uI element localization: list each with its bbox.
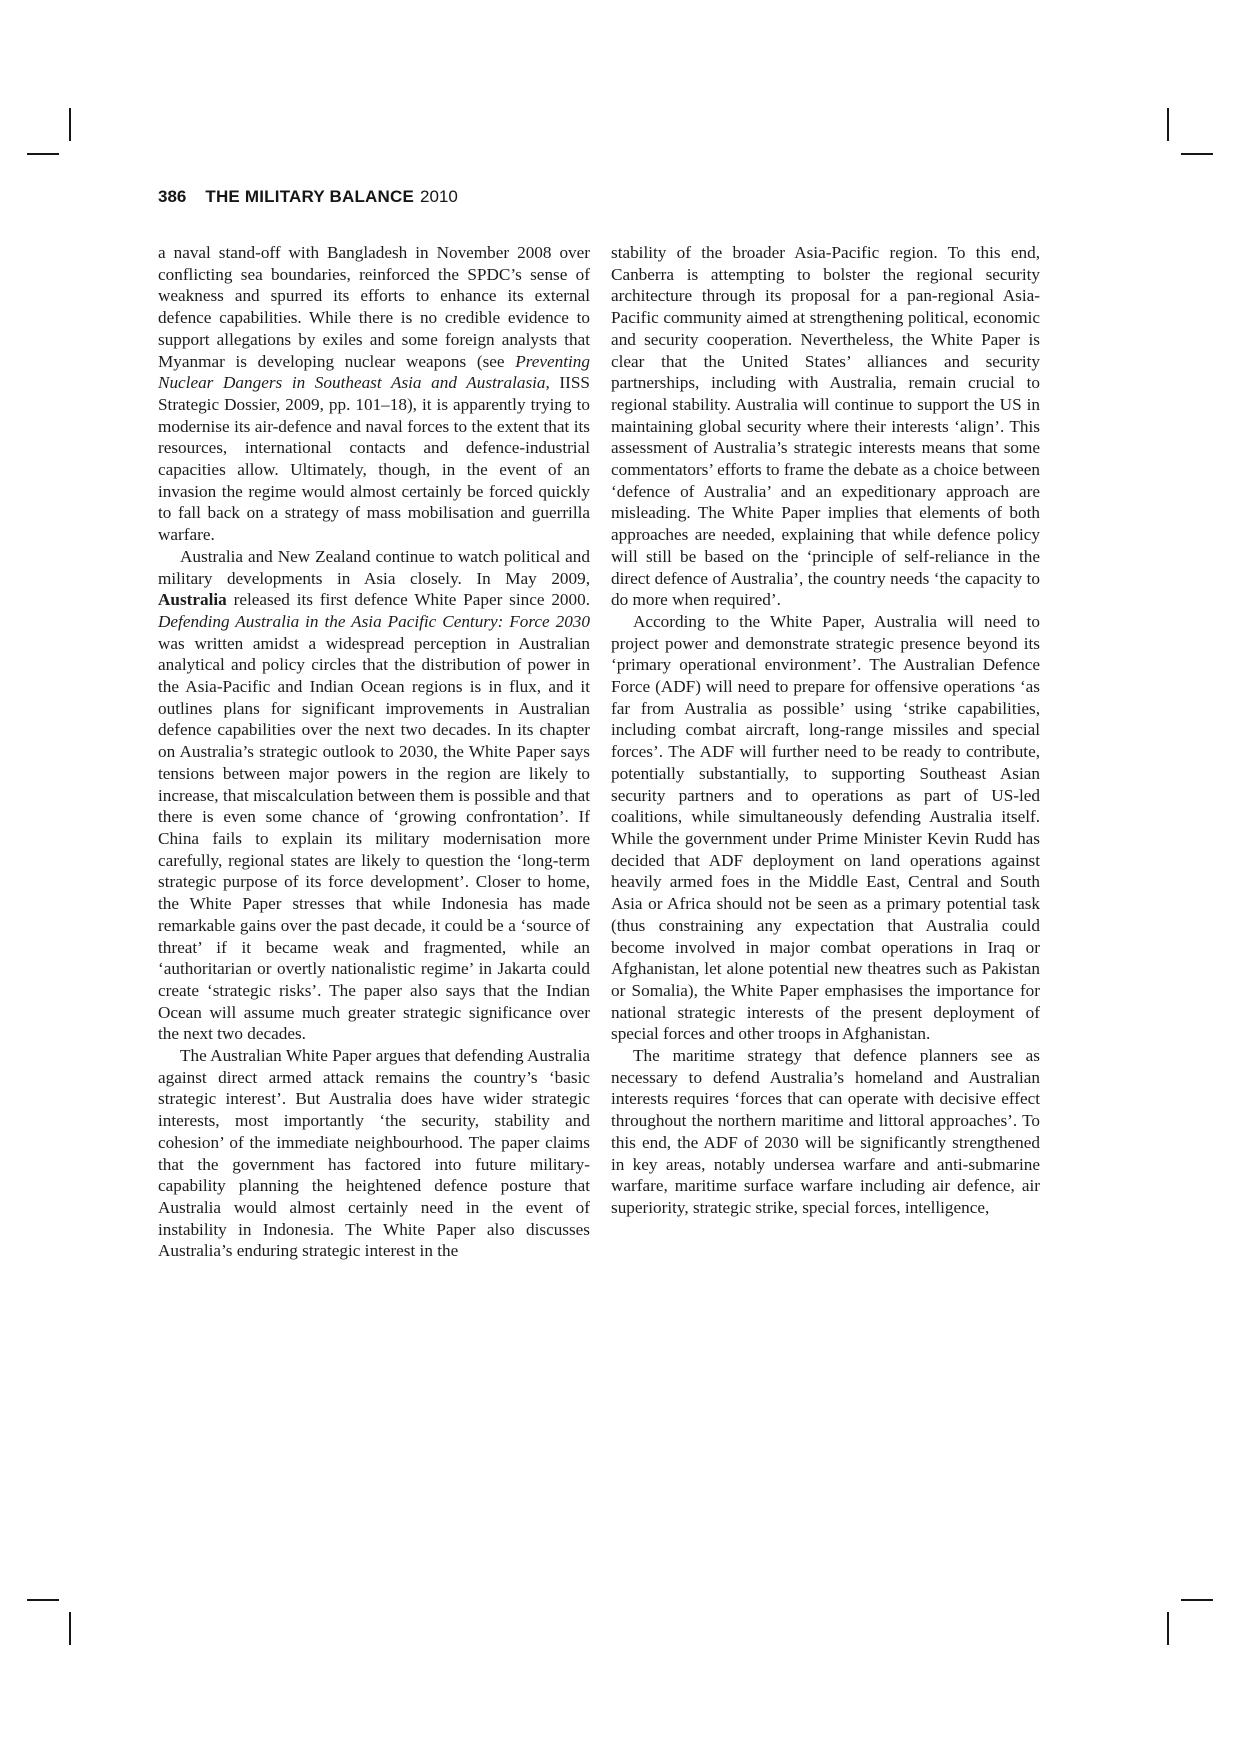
scanned-book-page: 386 THE MILITARY BALANCE 2010 a naval st…: [0, 0, 1240, 1754]
crop-mark-bottom-right-horizontal: [1181, 1599, 1213, 1601]
text-run: The maritime strategy that defence plann…: [611, 1046, 1040, 1217]
text-column-left: a naval stand-off with Bangladesh in Nov…: [158, 242, 590, 1262]
page-number: 386: [158, 187, 186, 207]
text-run: Australia and New Zealand continue to wa…: [158, 547, 590, 588]
paragraph: The Australian White Paper argues that d…: [158, 1045, 590, 1262]
text-run: The Australian White Paper argues that d…: [158, 1046, 590, 1260]
crop-mark-top-left-horizontal: [27, 153, 59, 155]
italic-run: Defending Australia in the Asia Pacific …: [158, 612, 590, 631]
edition-year: 2010: [420, 187, 458, 207]
text-run: released its first defence White Paper s…: [227, 590, 590, 609]
paragraph: The maritime strategy that defence plann…: [611, 1045, 1040, 1219]
bold-run: Australia: [158, 590, 227, 609]
crop-mark-top-right-vertical: [1167, 108, 1169, 141]
crop-mark-bottom-right-vertical: [1167, 1612, 1169, 1645]
text-run: According to the White Paper, Australia …: [611, 612, 1040, 1043]
paragraph: stability of the broader Asia-Pacific re…: [611, 242, 1040, 611]
text-run: was written amidst a widespread percepti…: [158, 634, 590, 1044]
book-title: THE MILITARY BALANCE: [205, 187, 414, 207]
paragraph: Australia and New Zealand continue to wa…: [158, 546, 590, 1045]
paragraph: According to the White Paper, Australia …: [611, 611, 1040, 1045]
text-run: stability of the broader Asia-Pacific re…: [611, 243, 1040, 609]
running-head: 386 THE MILITARY BALANCE 2010: [158, 187, 458, 207]
text-column-right: stability of the broader Asia-Pacific re…: [611, 242, 1040, 1219]
text-run: , IISS Strategic Dossier, 2009, pp. 101–…: [158, 373, 590, 544]
crop-mark-top-left-vertical: [69, 108, 71, 141]
crop-mark-bottom-left-vertical: [69, 1612, 71, 1645]
paragraph: a naval stand-off with Bangladesh in Nov…: [158, 242, 590, 546]
crop-mark-bottom-left-horizontal: [27, 1599, 59, 1601]
crop-mark-top-right-horizontal: [1181, 153, 1213, 155]
